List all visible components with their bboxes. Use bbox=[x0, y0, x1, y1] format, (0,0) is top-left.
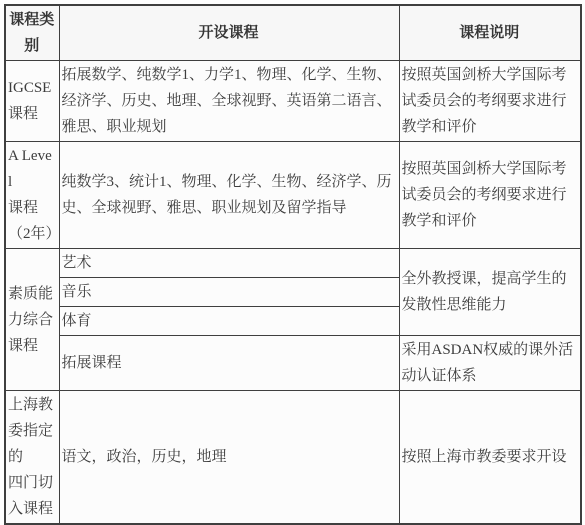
cell-course-expansion: 拓展课程 bbox=[59, 336, 399, 391]
cell-description-shanghai: 按照上海市教委要求开设 bbox=[399, 391, 581, 525]
cell-category-quality: 素质能力综合课程 bbox=[5, 249, 59, 391]
cell-course-music: 音乐 bbox=[59, 278, 399, 307]
cell-category-alevel: A Level 课程 （2年） bbox=[5, 142, 59, 249]
cell-course-sport: 体育 bbox=[59, 307, 399, 336]
table-row-alevel: A Level 课程 （2年） 纯数学3、统计1、物理、化学、生物、经济学、历史… bbox=[5, 142, 581, 249]
table-row-igcse: IGCSE课程 拓展数学、纯数学1、力学1、物理、化学、生物、经济学、历史、地理… bbox=[5, 61, 581, 142]
table-row-quality-art: 素质能力综合课程 艺术 全外教授课，提高学生的发散性思维能力 bbox=[5, 249, 581, 278]
cell-description-alevel: 按照英国剑桥大学国际考试委员会的考纲要求进行教学和评价 bbox=[399, 142, 581, 249]
cell-description-expansion: 采用ASDAN权威的课外活动认证体系 bbox=[399, 336, 581, 391]
page: 课程类别 开设课程 课程说明 IGCSE课程 拓展数学、纯数学1、力学1、物理、… bbox=[0, 0, 585, 456]
table-row-quality-expansion: 拓展课程 采用ASDAN权威的课外活动认证体系 bbox=[5, 336, 581, 391]
cell-courses-alevel: 纯数学3、统计1、物理、化学、生物、经济学、历史、全球视野、雅思、职业规划及留学… bbox=[59, 142, 399, 249]
cell-course-art: 艺术 bbox=[59, 249, 399, 278]
course-table: 课程类别 开设课程 课程说明 IGCSE课程 拓展数学、纯数学1、力学1、物理、… bbox=[4, 4, 582, 525]
header-description: 课程说明 bbox=[399, 5, 581, 61]
cell-description-quality-main: 全外教授课，提高学生的发散性思维能力 bbox=[399, 249, 581, 336]
cell-description-igcse: 按照英国剑桥大学国际考试委员会的考纲要求进行教学和评价 bbox=[399, 61, 581, 142]
header-category: 课程类别 bbox=[5, 5, 59, 61]
table-row-shanghai: 上海教委指定的 四门切入课程 语文，政治，历史，地理 按照上海市教委要求开设 bbox=[5, 391, 581, 525]
cell-courses-shanghai: 语文，政治，历史，地理 bbox=[59, 391, 399, 525]
cell-courses-igcse: 拓展数学、纯数学1、力学1、物理、化学、生物、经济学、历史、地理、全球视野、英语… bbox=[59, 61, 399, 142]
cell-category-shanghai: 上海教委指定的 四门切入课程 bbox=[5, 391, 59, 525]
cell-category-igcse: IGCSE课程 bbox=[5, 61, 59, 142]
header-courses: 开设课程 bbox=[59, 5, 399, 61]
header-row: 课程类别 开设课程 课程说明 bbox=[5, 5, 581, 61]
